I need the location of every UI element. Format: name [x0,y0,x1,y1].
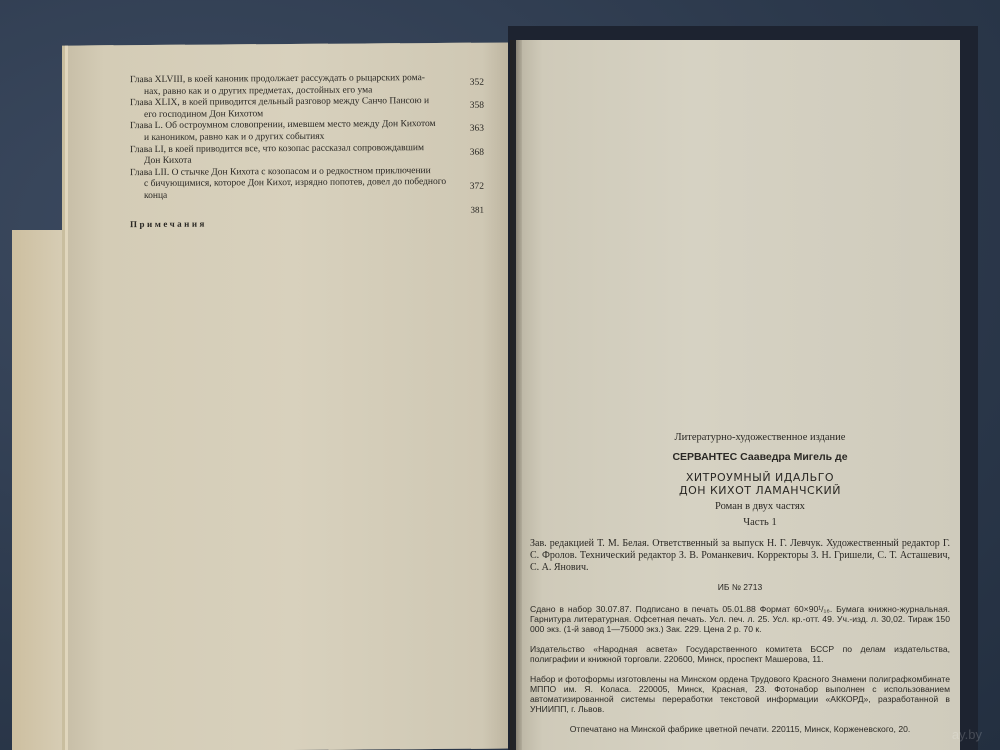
toc-line: конца [130,189,452,203]
book-title: ХИТРОУМНЫЙ ИДАЛЬГО ДОН КИХОТ ЛАМАНЧСКИЙ [570,471,950,497]
toc-page-number: 368 [470,147,484,159]
toc-page-number: 358 [470,101,484,113]
left-page: Глава XLVIII, в коей каноник продолжает … [68,42,518,750]
title-line: ДОН КИХОТ ЛАМАНЧСКИЙ [570,484,950,497]
toc-line: Глава LI, в коей приводится все, что коз… [130,142,452,156]
ib-number: ИБ № 2713 [530,582,950,594]
author: СЕРВАНТЕС Сааведра Мигель де [570,452,950,464]
table-of-contents: Глава XLVIII, в коей каноник продолжает … [130,73,480,231]
credits: Зав. редакцией Т. М. Белая. Ответственны… [530,538,950,574]
toc-notes-entry: Примечания 381 [130,216,480,230]
toc-page-number: 363 [470,124,484,136]
toc-page-number: 372 [470,181,484,193]
part-label: Часть 1 [570,517,950,529]
toc-line: с бичующимися, которое Дон Кихот, изрядн… [130,177,452,191]
right-page: Литературно-художественное издание СЕРВА… [516,40,960,750]
subtitle: Роман в двух частях [570,501,950,513]
toc-entry: Глава L. Об остроумном словопрении, имев… [130,119,480,145]
toc-page-number: 381 [471,204,485,216]
toc-line: Глава XLVIII, в коей каноник продолжает … [130,73,452,87]
watermark: ay.by [952,727,982,742]
print-specs: Сдано в набор 30.07.87. Подписано в печа… [530,604,950,634]
toc-line: Глава XLIX, в коей приводится дельный ра… [130,96,452,110]
book-spine [510,40,522,750]
toc-entry: Глава LI, в коей приводится все, что коз… [130,142,480,168]
toc-entry: Глава XLIX, в коей приводится дельный ра… [130,96,480,122]
page-stack-edge [12,230,72,750]
genre-label: Литературно-художественное издание [570,432,950,444]
toc-entry: Глава XLVIII, в коей каноник продолжает … [130,73,480,99]
title-line: ХИТРОУМНЫЙ ИДАЛЬГО [570,471,950,484]
toc-page-number: 352 [470,78,484,90]
toc-entry: Глава LII. О стычке Дон Кихота с козопас… [130,165,480,202]
toc-notes-label: Примечания [130,218,207,229]
typesetting-info: Набор и фотоформы изготовлены на Минском… [530,674,950,714]
publisher-info: Издательство «Народная асвета» Государст… [530,644,950,664]
printed-by: Отпечатано на Минской фабрике цветной пе… [530,724,950,736]
imprint: Литературно-художественное издание СЕРВА… [530,432,950,735]
